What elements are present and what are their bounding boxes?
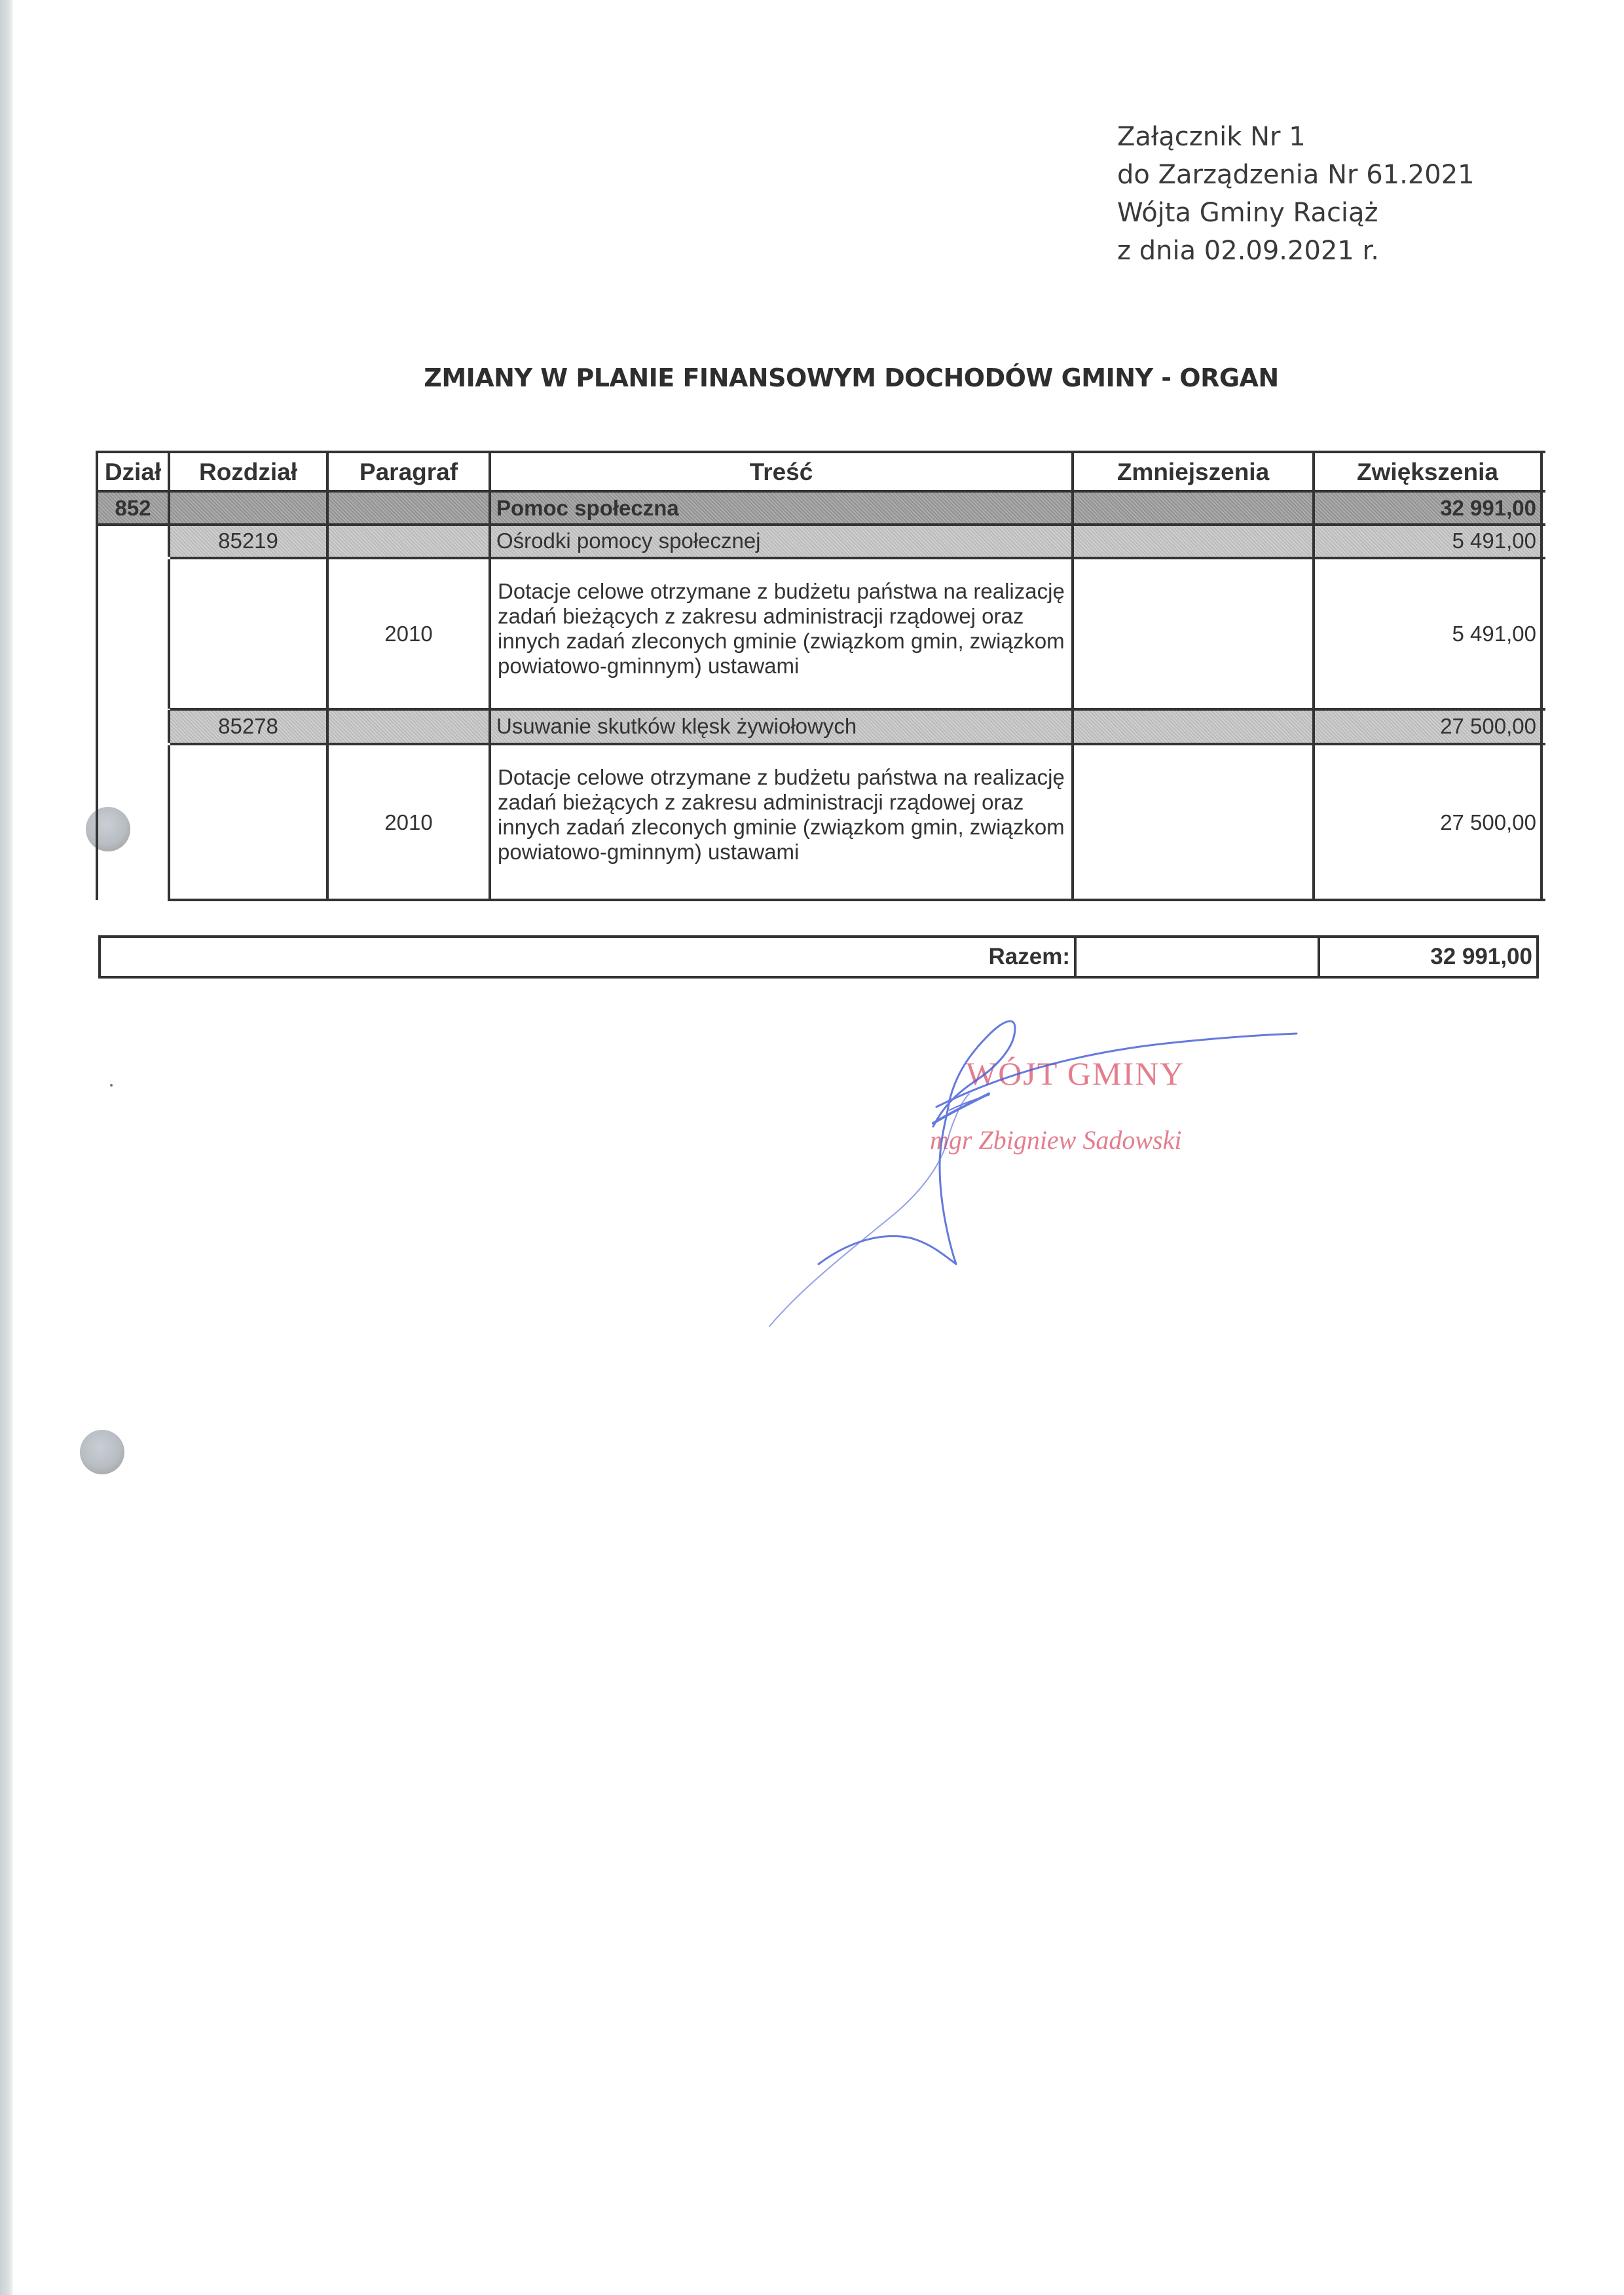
cell-tresc: Dotacje celowe otrzymane z budżetu państ… <box>491 745 1074 900</box>
cell-rozdzial <box>170 559 329 709</box>
cell-dzial <box>98 559 170 709</box>
total-zwiekszenia: 32 991,00 <box>1430 938 1532 976</box>
total-row: Razem: 32 991,00 <box>98 935 1539 979</box>
table-border-bottom <box>168 899 1545 901</box>
total-label: Razem: <box>989 938 1070 976</box>
table-border-top <box>98 451 1545 453</box>
cell-dzial <box>98 745 170 900</box>
punch-hole-bottom <box>80 1430 124 1474</box>
header-rozdzial: Rozdział <box>170 453 329 491</box>
cell-zmniejszenia <box>1074 525 1315 557</box>
row-divider <box>170 557 1545 559</box>
header-zwiekszenia: Zwiększenia <box>1315 453 1543 491</box>
cell-zmniejszenia <box>1074 559 1315 709</box>
document-title: ZMIANY W PLANIE FINANSOWYM DOCHODÓW GMIN… <box>0 364 1624 392</box>
cell-rozdzial <box>170 745 329 900</box>
cell-zwiekszenia: 27 500,00 <box>1315 710 1543 743</box>
annex-date: z dnia 02.09.2021 r. <box>1117 232 1475 270</box>
table-row: 852 Pomoc społeczna 32 991,00 <box>98 493 1543 524</box>
cell-paragraf <box>329 493 491 524</box>
cell-tresc: Dotacje celowe otrzymane z budżetu państ… <box>491 559 1074 709</box>
table-border-left <box>96 451 98 900</box>
scan-edge-shadow <box>0 0 13 2295</box>
total-divider <box>1318 938 1320 976</box>
annex-ordinance: do Zarządzenia Nr 61.2021 <box>1117 156 1475 194</box>
table-row: 2010 Dotacje celowe otrzymane z budżetu … <box>98 745 1543 900</box>
cell-tresc: Pomoc społeczna <box>491 493 1074 524</box>
cell-paragraf <box>329 525 491 557</box>
cell-paragraf <box>329 710 491 743</box>
row-divider <box>170 708 1545 711</box>
financial-plan-table: Dział Rozdział Paragraf Treść Zmniejszen… <box>98 453 1543 905</box>
cell-dzial <box>98 710 170 743</box>
cell-tresc: Ośrodki pomocy społecznej <box>491 525 1074 557</box>
cell-zwiekszenia: 32 991,00 <box>1315 493 1543 524</box>
cell-tresc: Usuwanie skutków klęsk żywiołowych <box>491 710 1074 743</box>
cell-zmniejszenia <box>1074 493 1315 524</box>
stray-mark <box>110 1084 113 1087</box>
row-divider <box>98 490 1545 493</box>
row-divider <box>170 743 1545 745</box>
cell-zwiekszenia: 5 491,00 <box>1315 559 1543 709</box>
cell-rozdzial <box>170 493 329 524</box>
annex-number: Załącznik Nr 1 <box>1117 118 1475 156</box>
cell-dzial <box>98 525 170 557</box>
header-tresc: Treść <box>491 453 1074 491</box>
header-paragraf: Paragraf <box>329 453 491 491</box>
cell-paragraf: 2010 <box>329 745 491 900</box>
header-dzial: Dział <box>98 453 170 491</box>
cell-zwiekszenia: 27 500,00 <box>1315 745 1543 900</box>
table-row: 85278 Usuwanie skutków klęsk żywiołowych… <box>98 710 1543 743</box>
cell-paragraf: 2010 <box>329 559 491 709</box>
cell-zmniejszenia <box>1074 745 1315 900</box>
cell-zwiekszenia: 5 491,00 <box>1315 525 1543 557</box>
cell-zmniejszenia <box>1074 710 1315 743</box>
row-divider <box>98 523 1545 526</box>
table-row: 2010 Dotacje celowe otrzymane z budżetu … <box>98 559 1543 709</box>
annex-issuer: Wójta Gminy Raciąż <box>1117 194 1475 232</box>
cell-dzial: 852 <box>98 493 170 524</box>
table-row: 85219 Ośrodki pomocy społecznej 5 491,00 <box>98 525 1543 557</box>
cell-rozdzial: 85219 <box>170 525 329 557</box>
cell-rozdzial: 85278 <box>170 710 329 743</box>
header-zmniejszenia: Zmniejszenia <box>1074 453 1315 491</box>
annex-header: Załącznik Nr 1 do Zarządzenia Nr 61.2021… <box>1117 118 1475 270</box>
handwritten-signature <box>753 996 1310 1336</box>
total-divider <box>1074 938 1077 976</box>
table-header-row: Dział Rozdział Paragraf Treść Zmniejszen… <box>98 453 1543 491</box>
